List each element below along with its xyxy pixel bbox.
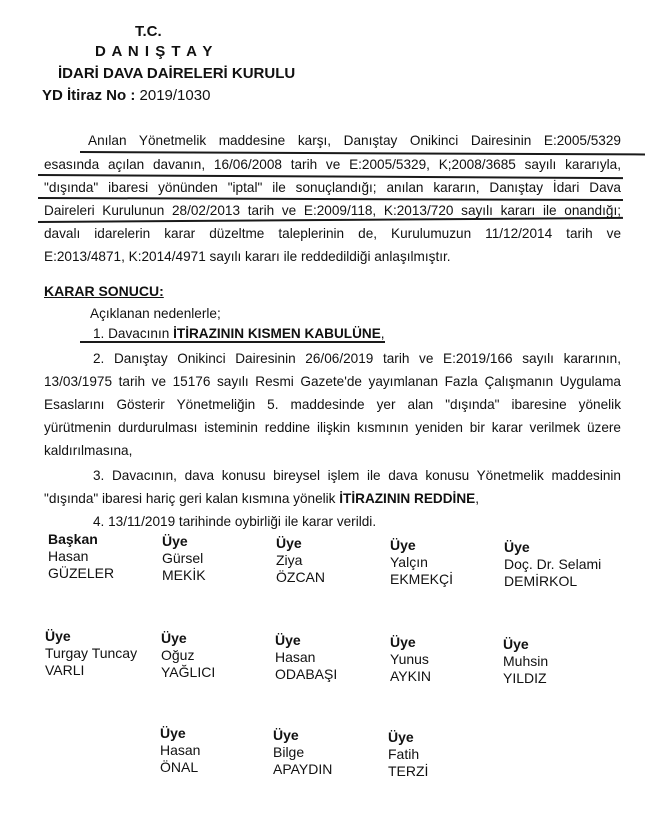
- signatory: ÜyeGürselMEKİK: [162, 533, 206, 584]
- signatory-last: EKMEKÇİ: [390, 571, 453, 588]
- item3-suffix: ,: [475, 491, 479, 506]
- item1-suffix: ,: [381, 326, 385, 341]
- signatory-role: Üye: [273, 727, 332, 744]
- signatory-first: Turgay Tuncay: [45, 645, 137, 662]
- decision-item-4: 4. 13/11/2019 tarihinde oybirliği ile ka…: [93, 514, 376, 529]
- signatory-role: Üye: [161, 630, 215, 647]
- signatory-role: Üye: [504, 539, 601, 556]
- case-number-line: YD İtiraz No : 2019/1030: [42, 87, 210, 104]
- signatory-role: Üye: [390, 634, 431, 651]
- item3-line-2: "dışında" ibaresi hariç geri kalan kısmı…: [44, 491, 479, 506]
- item2-line-4: yürütmenin durdurulması isteminin reddin…: [44, 420, 621, 435]
- board-name: İDARİ DAVA DAİRELERİ KURULU: [58, 65, 295, 82]
- signatory-last: GÜZELER: [48, 565, 114, 582]
- item2-line-2: 13/03/1975 tarih ve 15176 sayılı Resmi G…: [44, 374, 621, 389]
- signatory-last: AYKIN: [390, 668, 431, 685]
- signatory-first: Muhsin: [503, 653, 548, 670]
- body-line-5: davalı idarelerin karar düzeltme taleple…: [44, 226, 621, 241]
- signatory-first: Hasan: [275, 649, 337, 666]
- body-line-1: Anılan Yönetmelik maddesine karşı, Danış…: [88, 133, 621, 148]
- signatory-role: Başkan: [48, 531, 114, 548]
- item2-line-5: kaldırılmasına,: [44, 443, 132, 458]
- signatory: ÜyeZiyaÖZCAN: [276, 535, 325, 586]
- signatory-role: Üye: [160, 725, 200, 742]
- body-line-3: "dışında" ibaresi yönünden "iptal" ile s…: [44, 180, 621, 195]
- item3-line-1: 3. Davacının, dava konusu bireysel işlem…: [93, 468, 621, 483]
- signatory: ÜyeDoç. Dr. SelamiDEMİRKOL: [504, 539, 601, 590]
- item1-prefix: 1. Davacının: [93, 326, 173, 341]
- signatory-first: Bilge: [273, 744, 332, 761]
- signatory-role: Üye: [388, 729, 428, 746]
- signatory: ÜyeOğuzYAĞLICI: [161, 630, 215, 681]
- signatory: ÜyeTurgay TuncayVARLI: [45, 628, 137, 679]
- signatory-first: Hasan: [160, 742, 200, 759]
- underline-mark: [80, 151, 645, 155]
- signatory-first: Ziya: [276, 552, 325, 569]
- signatory-role: Üye: [162, 533, 206, 550]
- body-line-4: Daireleri Kurulunun 28/02/2013 tarih ve …: [44, 203, 621, 218]
- body-line-2: esasında açılan davanın, 16/06/2008 tari…: [44, 157, 621, 172]
- signatory-last: VARLI: [45, 662, 137, 679]
- signatory-last: ÖZCAN: [276, 569, 325, 586]
- signatory: ÜyeFatihTERZİ: [388, 729, 428, 780]
- signatory-last: MEKİK: [162, 567, 206, 584]
- signatory: ÜyeYalçınEKMEKÇİ: [390, 537, 453, 588]
- tc-heading: T.C.: [135, 23, 162, 40]
- signatory-last: ODABAŞI: [275, 666, 337, 683]
- signatory-last: TERZİ: [388, 763, 428, 780]
- decision-intro: Açıklanan nedenlerle;: [90, 306, 221, 321]
- signatory-first: Fatih: [388, 746, 428, 763]
- signatory: ÜyeYunusAYKIN: [390, 634, 431, 685]
- signatory-first: Yunus: [390, 651, 431, 668]
- signatory-first: Doç. Dr. Selami: [504, 556, 601, 573]
- signatory: ÜyeBilgeAPAYDIN: [273, 727, 332, 778]
- case-number: 2019/1030: [140, 87, 211, 104]
- decision-heading: KARAR SONUCU:: [44, 283, 164, 299]
- signatory-last: APAYDIN: [273, 761, 332, 778]
- signatory-first: Hasan: [48, 548, 114, 565]
- signatory: ÜyeMuhsinYILDIZ: [503, 636, 548, 687]
- signatory-last: ÖNAL: [160, 759, 200, 776]
- decision-item-1: 1. Davacının İTİRAZININ KISMEN KABULÜNE,: [93, 326, 385, 341]
- institution-name: D A N I Ş T A Y: [95, 43, 213, 60]
- item3-prefix: "dışında" ibaresi hariç geri kalan kısmı…: [44, 491, 339, 506]
- underline-mark: [38, 197, 623, 201]
- item2-line-1: 2. Danıştay Onikinci Dairesinin 26/06/20…: [93, 351, 621, 366]
- signatory-first: Oğuz: [161, 647, 215, 664]
- signatory-last: DEMİRKOL: [504, 573, 601, 590]
- signatory-first: Gürsel: [162, 550, 206, 567]
- signatory: ÜyeHasanÖNAL: [160, 725, 200, 776]
- signatory-role: Üye: [503, 636, 548, 653]
- signatory-role: Üye: [390, 537, 453, 554]
- signatory-role: Üye: [275, 632, 337, 649]
- item1-bold: İTİRAZININ KISMEN KABULÜNE: [173, 326, 381, 341]
- signatory-role: Üye: [45, 628, 137, 645]
- underline-mark: [80, 341, 385, 343]
- signatory-last: YILDIZ: [503, 670, 548, 687]
- underline-mark: [38, 174, 623, 179]
- signatory-last: YAĞLICI: [161, 664, 215, 681]
- body-line-6: E:2013/4871, K:2014/4971 sayılı kararı i…: [44, 249, 451, 264]
- signatory-role: Üye: [276, 535, 325, 552]
- case-label: YD İtiraz No :: [42, 87, 135, 104]
- item3-bold: İTİRAZININ REDDİNE: [339, 491, 475, 506]
- signatory-first: Yalçın: [390, 554, 453, 571]
- item2-line-3: Esaslarını Gösterir Yönetmeliğin 5. madd…: [44, 397, 621, 412]
- signatory: BaşkanHasanGÜZELER: [48, 531, 114, 582]
- signatory: ÜyeHasanODABAŞI: [275, 632, 337, 683]
